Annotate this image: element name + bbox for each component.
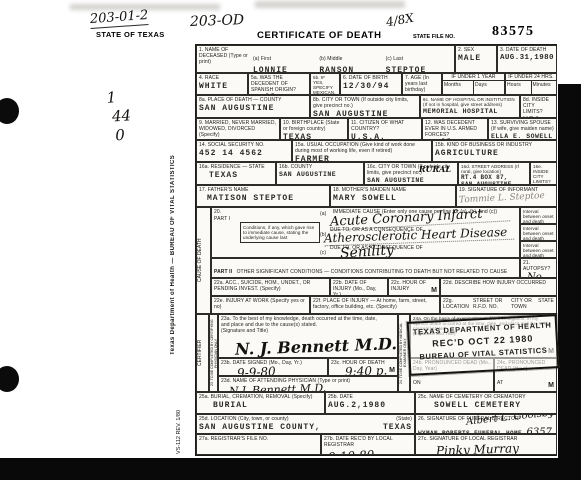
field-burial-date: 25b. DATE AUG.2,1980	[325, 392, 415, 414]
last-sublabel: (c) Last	[386, 56, 403, 62]
field-occupation: 15a. USUAL OCCUPATION (Give kind of work…	[292, 140, 432, 162]
under-1-year-label: IF UNDER 1 YEAR	[443, 74, 504, 81]
injury-location-label: 22g. LOCATION	[443, 298, 469, 310]
field-birthplace: 10. BIRTHPLACE (State or foreign country…	[280, 118, 348, 140]
residence-county-label: 16b. COUNTY	[279, 164, 361, 170]
field-burial-location: 25d. LOCATION (City, town, or county) (S…	[196, 414, 415, 434]
hole-punch	[0, 366, 19, 392]
spanish-origin-label: 5a. WAS THE DECEDENT OF SPANISH ORIGIN?	[251, 75, 307, 93]
mother-name-label: 18. MOTHER'S MAIDEN NAME	[333, 187, 453, 193]
social-security-value: 452 14 4562	[199, 149, 289, 158]
last-name-value: STEPTOE	[386, 66, 452, 73]
autopsy-label: 21. AUTOPSY?	[523, 260, 554, 272]
field-registrar-file-no: 27a. REGISTRAR'S FILE NO.	[196, 434, 321, 455]
residence-state-value: TEXAS	[209, 171, 273, 180]
place-of-death-city-label: 8b. CITY OR TOWN (If outside city limits…	[313, 97, 417, 109]
certifier-signature-value: N. J. Bennett M.D.	[235, 334, 396, 358]
meridiem-mark: M	[548, 382, 554, 389]
pronounced-at-label: AT	[497, 380, 554, 386]
cemetery-value: SOWELL CEMETERY	[434, 401, 554, 410]
field-industry: 15b. KIND OF BUSINESS OR INDUSTRY AGRICU…	[432, 140, 557, 162]
field-residence-state: 16a. RESIDENCE — STATE TEXAS	[196, 162, 276, 185]
line-a-prefix: (a)	[320, 211, 326, 217]
race-value: WHITE	[199, 82, 245, 91]
field-acc-suicide: 22a. ACC., SUICIDE, HOM., UNDET., OR PEN…	[211, 278, 330, 296]
field-age: 7. AGE (In years last birthday) 85	[402, 73, 442, 95]
cemetery-label: 25c. NAME OF CEMETERY OR CREMATORY	[418, 394, 554, 400]
field-surviving-spouse: 13. SURVIVING SPOUSE (If wife, give maid…	[488, 118, 557, 140]
certificate-title: CERTIFICATE OF DEATH	[257, 30, 382, 41]
field-certifier-signature: 23a. To the best of my knowledge, death …	[218, 314, 398, 358]
field-injury-location: 22g. LOCATION STREET OR R.F.D. NO. CITY …	[440, 296, 557, 314]
hospital-label: 8c. NAME OF HOSPITAL OR INSTITUTION (If …	[423, 97, 517, 107]
field-race: 4. RACE WHITE	[196, 73, 248, 95]
spanish-specify-label: 5b. IF YES, SPECIFY MEXICAN, CUBAN, PUER…	[313, 75, 337, 95]
state-file-no-label: STATE FILE NO.	[413, 34, 455, 40]
occupation-value: FARMER	[295, 155, 429, 162]
date-of-death-value: AUG.31,1980	[500, 54, 554, 62]
residence-city-value: SAN AUGUSTINE	[367, 177, 455, 184]
pencil-code-right: 4/8X	[385, 11, 415, 30]
field-local-registrar: 27c. SIGNATURE OF LOCAL REGISTRAR Pinky …	[415, 434, 557, 455]
surviving-spouse-label: 13. SURVIVING SPOUSE (If wife, give maid…	[491, 120, 554, 132]
funeral-home-number: 6357	[526, 427, 551, 434]
physician-vertical-label: 23. TO BE COMPLETED BY CERTIFYING PHYSIC…	[210, 315, 217, 391]
burial-value: BURIAL	[213, 401, 322, 410]
burial-label: 25a. BURIAL, CREMATION, REMOVAL (Specify…	[199, 394, 322, 400]
hole-punch	[0, 98, 19, 124]
date-of-birth-value: 12/30/94	[343, 82, 399, 91]
field-date-of-death: 3. DATE OF DEATH AUG.31,1980	[497, 45, 557, 73]
residence-state-label: 16a. RESIDENCE — STATE	[199, 164, 273, 170]
date-of-death-label: 3. DATE OF DEATH	[500, 47, 554, 53]
age-label: 7. AGE (In years last birthday)	[405, 75, 439, 93]
cause-of-death-vertical-strip: CAUSE OF DEATH	[196, 207, 211, 314]
interval-label-a: Interval between onset and death	[523, 209, 554, 224]
sex-value: MALE	[458, 54, 494, 63]
inside-city-limits-res-label: 16e. INSIDE CITY LIMITS?	[533, 164, 554, 184]
conditions-note: Conditions, if any, which gave rise to i…	[240, 222, 320, 243]
under-24-hrs-label: IF UNDER 24 HRS.	[506, 74, 556, 81]
certifier-vertical-strip: CERTIFIER	[196, 314, 209, 392]
state-file-number: 83575	[492, 24, 535, 40]
field-informant-signature: 19. SIGNATURE OF INFORMANT Tommie L. Ste…	[456, 185, 557, 207]
field-hospital: 8c. NAME OF HOSPITAL OR INSTITUTION (If …	[420, 95, 520, 118]
pencil-code-left: 203-01-2	[89, 8, 148, 29]
scanned-death-certificate: { "header": { "pencil_left": "203-01-2",…	[0, 0, 581, 480]
part2-label: PART II	[214, 269, 232, 275]
cause-of-death-vertical-label: CAUSE OF DEATH	[197, 208, 210, 313]
date-of-birth-label: 6. DATE OF BIRTH	[343, 75, 399, 81]
field-injury-at-work: 22e. INJURY AT WORK (Specify yes or no)	[211, 296, 310, 314]
field-date-signed: 23b. DATE SIGNED (Mo., Day, Yr.) 9-9-80	[218, 358, 328, 376]
injury-city-label: CITY OR TOWN	[511, 298, 534, 310]
social-security-label: 14. SOCIAL SECURITY NO.	[199, 142, 289, 148]
citizenship-value: U.S.A.	[351, 133, 419, 140]
middle-sublabel: (b) Middle	[319, 56, 342, 62]
birthplace-value: TEXAS	[283, 133, 345, 140]
first-sublabel: (a) First	[253, 56, 271, 62]
hospital-value: MEMORIAL HOSPITAL	[423, 108, 517, 115]
field-attending-physician: 23d. NAME OF ATTENDING PHYSICIAN (Type o…	[218, 376, 398, 392]
field-burial: 25a. BURIAL, CREMATION, REMOVAL (Specify…	[196, 392, 325, 414]
first-name-value: LONNIE	[253, 66, 319, 73]
form-code-vertical-text: VS-112 REV. 1/80	[176, 388, 182, 454]
name-label: 1. NAME OF DECEASED (Type or print)	[199, 47, 253, 73]
registrar-file-no-label: 27a. REGISTRAR'S FILE NO.	[199, 436, 318, 442]
field-mother-name: 18. MOTHER'S MAIDEN NAME MARY SOWELL	[330, 185, 456, 207]
marital-status-label: 9. MARRIED, NEVER MARRIED, WIDOWED, DIVO…	[199, 120, 277, 138]
field-cemetery: 25c. NAME OF CEMETERY OR CREMATORY SOWEL…	[415, 392, 557, 414]
field-place-of-death-city: 8b. CITY OR TOWN (If outside city limits…	[310, 95, 420, 118]
date-of-injury-label: 22b. DATE OF INJURY (Mo., Day, Yr.)	[333, 280, 385, 296]
state-of-texas-label: STATE OF TEXAS	[96, 30, 165, 39]
certifier-vertical-label: CERTIFIER	[197, 315, 208, 391]
field-date-received: 27b. DATE REC'D BY LOCAL REGISTRAR 9-10-…	[321, 434, 415, 455]
field-funeral-director: 26. SIGNATURE OF FUNERAL DIRECTOR Albert…	[415, 414, 557, 434]
field-residence-county: 16b. COUNTY SAN AUGUSTINE	[276, 162, 364, 185]
interval-label-b: Interval between onset and death	[523, 226, 554, 241]
certifier-statement-label: 23a. To the best of my knowledge, death …	[221, 316, 381, 328]
burial-location-state-value: TEXAS	[383, 423, 412, 432]
acc-suicide-label: 22a. ACC., SUICIDE, HOM., UNDET., OR PEN…	[214, 280, 327, 292]
burial-location-label: 25d. LOCATION (City, town, or county)	[199, 416, 289, 422]
field-spanish-specify: 5b. IF YES, SPECIFY MEXICAN, CUBAN, PUER…	[310, 73, 340, 95]
scan-smudge	[255, 1, 405, 8]
burial-date-value: AUG.2,1980	[328, 401, 412, 410]
field-if-under-1-year: IF UNDER 1 YEAR Months Days	[442, 73, 505, 95]
days-label: Days	[473, 81, 504, 95]
residence-county-value: SAN AUGUSTINE	[279, 171, 361, 178]
field-place-of-injury: 22f. PLACE OF INJURY — At home, farm, st…	[310, 296, 440, 314]
received-stamp: TEXAS DEPARTMENT OF HEALTH REC'D OCT 22 …	[407, 314, 560, 376]
field-inside-city-limits-death: 8d. INSIDE CITY LIMITS? YES	[520, 95, 557, 118]
certifier-signature-title-label: (Signature and Title)	[221, 328, 395, 334]
middle-name-value: RANSON	[319, 66, 385, 73]
scan-edge-bottom	[0, 458, 581, 480]
field-date-of-birth: 6. DATE OF BIRTH 12/30/94	[340, 73, 402, 95]
field-name-of-deceased: 1. NAME OF DECEASED (Type or print) (a) …	[196, 45, 455, 73]
burial-date-label: 25b. DATE	[328, 394, 412, 400]
meridiem-mark: M	[431, 287, 437, 294]
burial-location-value: SAN AUGUSTINE COUNTY,	[199, 423, 321, 432]
interval-box-a: Interval between onset and death	[520, 207, 557, 224]
part2-desc: OTHER SIGNIFICANT CONDITIONS — CONDITION…	[214, 269, 507, 278]
cause-line-c-value: Senility	[340, 242, 395, 258]
field-marital-status: 9. MARRIED, NEVER MARRIED, WIDOWED, DIVO…	[196, 118, 280, 140]
bureau-vertical-text: Texas Department of Health — BUREAU OF V…	[170, 45, 176, 355]
local-registrar-signature: Pinky Murray	[436, 440, 554, 455]
sex-label: 2. SEX	[458, 47, 494, 53]
street-address-label: 16d. STREET ADDRESS (If rural, give loca…	[461, 164, 527, 174]
hours-label: Hours	[506, 81, 531, 95]
part1-label: PART I	[214, 216, 230, 222]
residence-rural-note: RURAL	[419, 164, 451, 174]
burial-location-state-label: (State)	[396, 416, 412, 422]
injury-at-work-label: 22e. INJURY AT WORK (Specify yes or no)	[214, 298, 307, 310]
field-sex: 2. SEX MALE	[455, 45, 497, 73]
industry-label: 15b. KIND OF BUSINESS OR INDUSTRY	[435, 142, 554, 148]
field-hour-of-death: 23c. HOUR OF DEATH 9:40 p. M	[328, 358, 398, 376]
field-cause-part1: 20. PART I Conditions, if any, which gav…	[211, 207, 520, 258]
field-date-of-injury: 22b. DATE OF INJURY (Mo., Day, Yr.)	[330, 278, 388, 296]
physician-vertical-strip: 23. TO BE COMPLETED BY CERTIFYING PHYSIC…	[209, 314, 218, 392]
industry-value: AGRICULTURE	[435, 149, 554, 158]
father-name-value: MATISON STEPTOE	[207, 194, 327, 203]
field-armed-forces: 12. WAS DECEDENT EVER IN U.S. ARMED FORC…	[422, 118, 488, 140]
line-c-prefix: (c)	[320, 250, 326, 256]
field-part2: PART II OTHER SIGNIFICANT CONDITIONS — C…	[211, 258, 520, 278]
field-inside-city-limits-res: 16e. INSIDE CITY LIMITS? NO	[530, 162, 557, 185]
interval-label-c: Interval between onset and death	[523, 243, 554, 258]
how-injury-occurred-label: 22d. DESCRIBE HOW INJURY OCCURRED	[443, 280, 554, 286]
injury-street-label: STREET OR R.F.D. NO.	[473, 298, 507, 310]
place-of-death-county-value: SAN AUGUSTINE	[199, 104, 307, 113]
occupation-label: 15a. USUAL OCCUPATION (Give kind of work…	[295, 142, 429, 154]
meridiem-mark: M	[389, 367, 395, 374]
minutes-label: Minutes	[531, 81, 557, 95]
birthplace-label: 10. BIRTHPLACE (State or foreign country…	[283, 120, 345, 132]
race-label: 4. RACE	[199, 75, 245, 81]
hour-of-death-value: 9:40 p.	[345, 363, 395, 376]
interval-box-c: Interval between onset and death	[520, 241, 557, 258]
part1-number: 20.	[214, 209, 221, 215]
pencil-code-center: 203-OD	[190, 12, 245, 30]
field-hour-of-injury: 22c. HOUR OF INJURY M	[388, 278, 440, 296]
scan-edge-right	[558, 84, 581, 460]
hour-of-injury-label: 22c. HOUR OF INJURY	[391, 280, 437, 292]
field-residence-city: 16c. CITY OR TOWN (If outside city limit…	[364, 162, 458, 185]
months-label: Months	[443, 81, 473, 95]
field-street-address: 16d. STREET ADDRESS (If rural, give loca…	[458, 162, 530, 185]
field-if-under-24-hrs: IF UNDER 24 HRS. Hours Minutes	[505, 73, 557, 95]
surviving-spouse-value: ELLA E. SOWELL	[491, 133, 554, 140]
field-autopsy: 21. AUTOPSY? No	[520, 258, 557, 278]
place-of-death-city-value: SAN AUGUSTINE	[313, 110, 417, 118]
injury-state-label: STATE	[538, 298, 554, 310]
interval-box-b: Interval between onset and death	[520, 224, 557, 241]
pronounced-on-label: ON	[413, 380, 491, 386]
place-of-death-county-label: 8a. PLACE OF DEATH — COUNTY	[199, 97, 307, 103]
inside-city-limits-death-label: 8d. INSIDE CITY LIMITS?	[523, 97, 554, 115]
mother-name-value: MARY SOWELL	[333, 194, 453, 203]
armed-forces-label: 12. WAS DECEDENT EVER IN U.S. ARMED FORC…	[425, 120, 485, 138]
field-spanish-origin: 5a. WAS THE DECEDENT OF SPANISH ORIGIN? …	[248, 73, 310, 95]
father-name-label: 17. FATHER'S NAME	[199, 187, 327, 193]
field-how-injury-occurred: 22d. DESCRIBE HOW INJURY OCCURRED	[440, 278, 557, 296]
field-father-name: 17. FATHER'S NAME MATISON STEPTOE	[196, 185, 330, 207]
street-address-value-line1: RT.4 BOX 87,	[461, 174, 527, 181]
pencil-margin-notes: 1 44 0	[106, 87, 133, 145]
field-place-of-death-county: 8a. PLACE OF DEATH — COUNTY SAN AUGUSTIN…	[196, 95, 310, 118]
place-of-injury-label: 22f. PLACE OF INJURY — At home, farm, st…	[313, 298, 437, 310]
field-citizenship: 11. CITIZEN OF WHAT COUNTRY? U.S.A.	[348, 118, 422, 140]
field-social-security: 14. SOCIAL SECURITY NO. 452 14 4562	[196, 140, 292, 162]
citizenship-label: 11. CITIZEN OF WHAT COUNTRY?	[351, 120, 419, 132]
